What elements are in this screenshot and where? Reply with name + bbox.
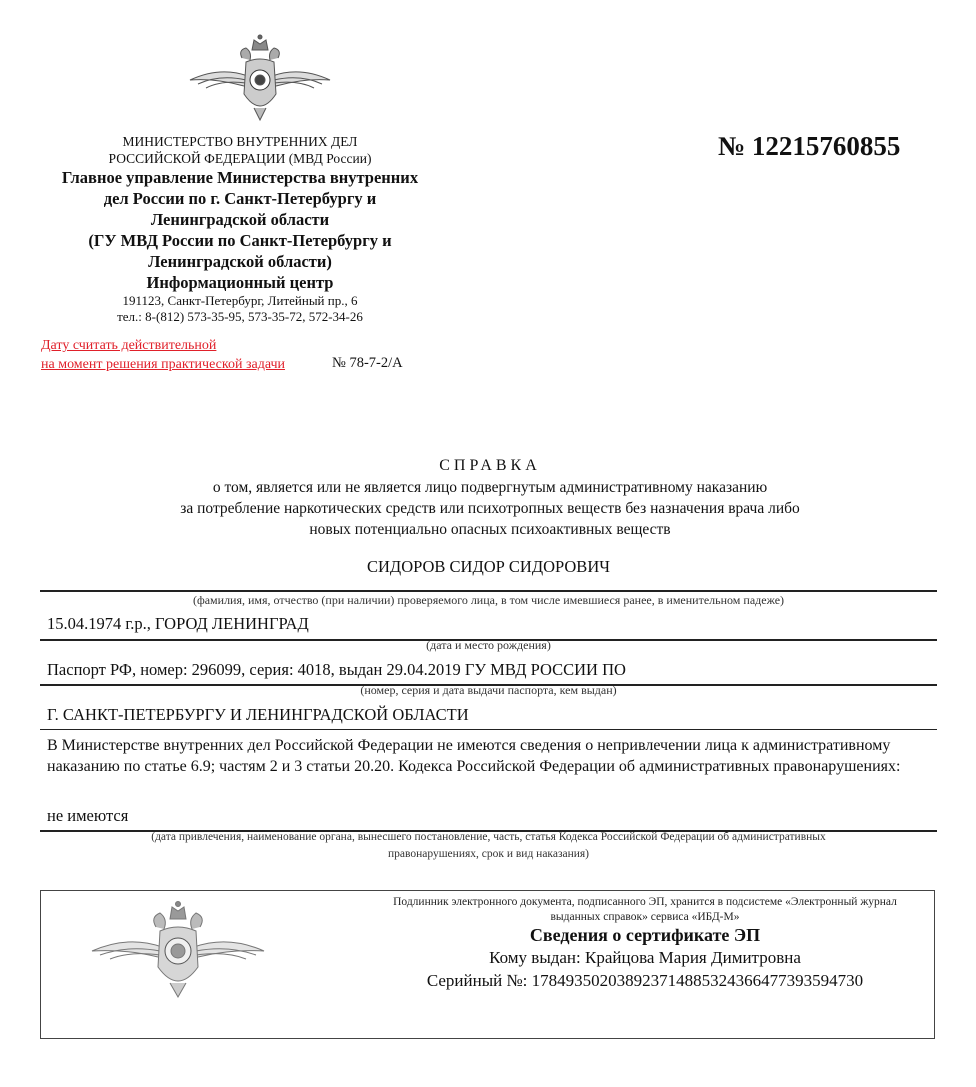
issuer-header: МИНИСТЕРСТВО ВНУТРЕННИХ ДЕЛ РОССИЙСКОЙ Ф…: [40, 133, 440, 325]
ministry-name-line2: РОССИЙСКОЙ ФЕДЕРАЦИИ (МВД России): [40, 150, 440, 167]
mvd-emblem-icon: [78, 895, 278, 1005]
department-name-line3: Ленинградской области: [40, 209, 440, 230]
birth-value: 15.04.1974 г.р., ГОРОД ЛЕНИНГРАД: [47, 614, 309, 634]
validity-note[interactable]: Дату считать действительной на момент ре…: [41, 336, 285, 374]
phone: тел.: 8-(812) 573-35-95, 573-35-72, 572-…: [40, 309, 440, 325]
department-name-line2: дел России по г. Санкт-Петербургу и: [40, 188, 440, 209]
result-caption-line1: (дата привлечения, наименование органа, …: [40, 829, 937, 846]
document-number: № 12215760855: [718, 131, 900, 162]
person-name-value: СИДОРОВ СИДОР СИДОРОВИЧ: [40, 557, 937, 577]
mvd-emblem-icon: [180, 28, 340, 128]
signature-note: Подлинник электронного документа, подпис…: [365, 895, 925, 925]
name-caption: (фамилия, имя, отчество (при наличии) пр…: [40, 592, 937, 609]
signature-note-line2: выданных справок» сервиса «ИБД-М»: [365, 910, 925, 925]
signature-note-line1: Подлинник электронного документа, подпис…: [365, 895, 925, 910]
certificate-info-title: Сведения о сертификате ЭП: [365, 925, 925, 946]
department-name-line1: Главное управление Министерства внутренн…: [40, 167, 440, 188]
result-value: не имеются: [47, 806, 128, 826]
title-sub-line1: о том, является или не является лицо под…: [60, 477, 920, 498]
result-caption-line2: правонарушениях, срок и вид наказания): [40, 846, 937, 863]
certificate-serial: Серийный №: 1784935020389237148853243664…: [365, 971, 925, 991]
title-sub-line2: за потребление наркотических средств или…: [60, 498, 920, 519]
result-caption: (дата привлечения, наименование органа, …: [40, 829, 937, 863]
address: 191123, Санкт-Петербург, Литейный пр., 6: [40, 293, 440, 309]
info-center-name: Информационный центр: [40, 272, 440, 293]
birth-caption: (дата и место рождения): [40, 637, 937, 654]
title-sub-line3: новых потенциально опасных психоактивных…: [60, 519, 920, 540]
validity-note-line1[interactable]: Дату считать действительной: [41, 336, 285, 355]
passport-value: Паспорт РФ, номер: 296099, серия: 4018, …: [47, 660, 626, 680]
statement-paragraph: В Министерстве внутренних дел Российской…: [47, 735, 927, 777]
certificate-title: СПРАВКА о том, является или не является …: [60, 455, 920, 540]
department-name-line5: Ленинградской области): [40, 251, 440, 272]
ministry-name-line1: МИНИСТЕРСТВО ВНУТРЕННИХ ДЕЛ: [40, 133, 440, 150]
certificate-issued-to: Кому выдан: Крайцова Мария Димитровна: [365, 948, 925, 968]
passport-value-continued: Г. САНКТ-ПЕТЕРБУРГУ И ЛЕНИНГРАДСКОЙ ОБЛА…: [47, 705, 469, 725]
passport-caption: (номер, серия и дата выдачи паспорта, ке…: [40, 682, 937, 699]
title-main: СПРАВКА: [60, 455, 920, 477]
reference-number: № 78-7-2/А: [332, 355, 403, 372]
validity-note-line2[interactable]: на момент решения практической задачи: [41, 355, 285, 374]
passport-cont-underline: [40, 729, 937, 730]
department-name-line4: (ГУ МВД России по Санкт-Петербургу и: [40, 230, 440, 251]
